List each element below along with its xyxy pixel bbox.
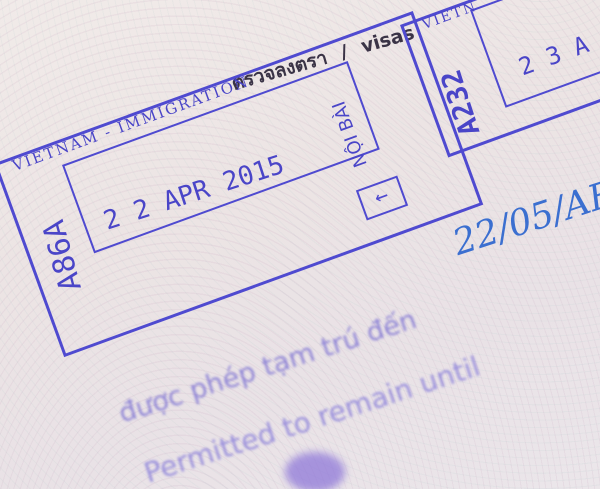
blurred-emblem	[285, 452, 345, 489]
